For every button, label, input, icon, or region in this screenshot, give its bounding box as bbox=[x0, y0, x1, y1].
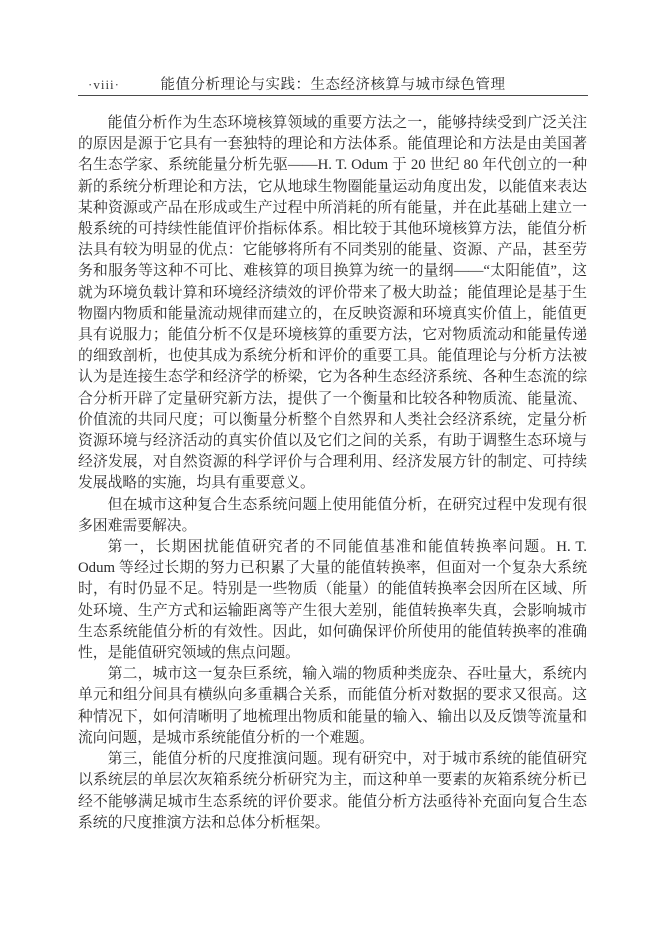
book-page: ·viii· 能值分析理论与实践：生态经济核算与城市绿色管理 能值分析作为生态环… bbox=[0, 0, 661, 925]
paragraph-problem-1: 第一，长期困扰能值研究者的不同能值基准和能值转换率问题。H. T. Odum 等… bbox=[78, 537, 587, 664]
paragraph-transition: 但在城市这种复合生态系统问题上使用能值分析，在研究过程中发现有很多困难需要解决。 bbox=[78, 495, 587, 537]
paragraph-problem-2: 第二，城市这一复杂巨系统，输入端的物质种类庞杂、吞吐量大，系统内单元和组分间具有… bbox=[78, 664, 587, 749]
running-title: 能值分析理论与实践：生态经济核算与城市绿色管理 bbox=[161, 77, 506, 93]
running-header: ·viii· 能值分析理论与实践：生态经济核算与城市绿色管理 bbox=[78, 74, 588, 96]
page-body: 能值分析作为生态环境核算领域的重要方法之一，能够持续受到广泛关注的原因是源于它具… bbox=[78, 113, 587, 834]
paragraph-intro: 能值分析作为生态环境核算领域的重要方法之一，能够持续受到广泛关注的原因是源于它具… bbox=[78, 113, 587, 495]
paragraph-problem-3: 第三，能值分析的尺度推演问题。现有研究中，对于城市系统的能值研究以系统层的单层次… bbox=[78, 749, 587, 834]
page-number: ·viii· bbox=[88, 74, 120, 95]
